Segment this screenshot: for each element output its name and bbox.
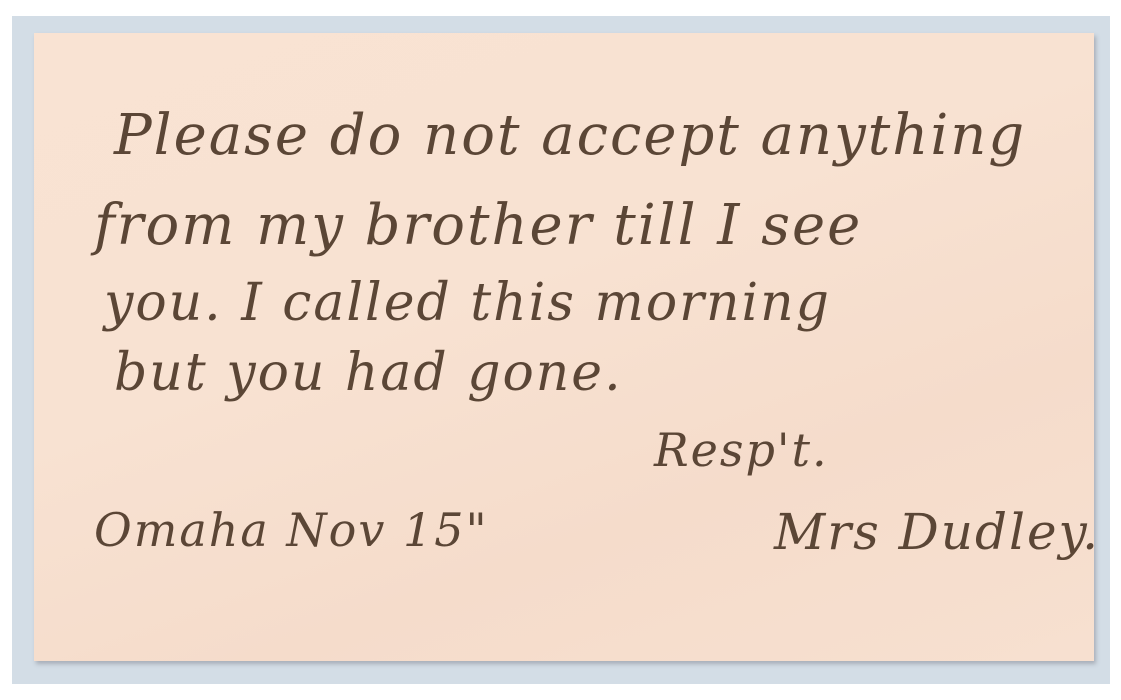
message-line-3: you. I called this morning xyxy=(104,273,831,333)
postcard: Please do not accept anything from my br… xyxy=(34,33,1094,661)
closing: Resp't. xyxy=(654,423,829,477)
signature: Mrs Dudley. xyxy=(774,503,1100,561)
message-line-4: but you had gone. xyxy=(114,343,623,403)
message-line-1: Please do not accept anything xyxy=(114,103,1026,168)
message-line-2: from my brother till I see xyxy=(94,193,862,258)
place-date: Omaha Nov 15" xyxy=(94,503,489,557)
